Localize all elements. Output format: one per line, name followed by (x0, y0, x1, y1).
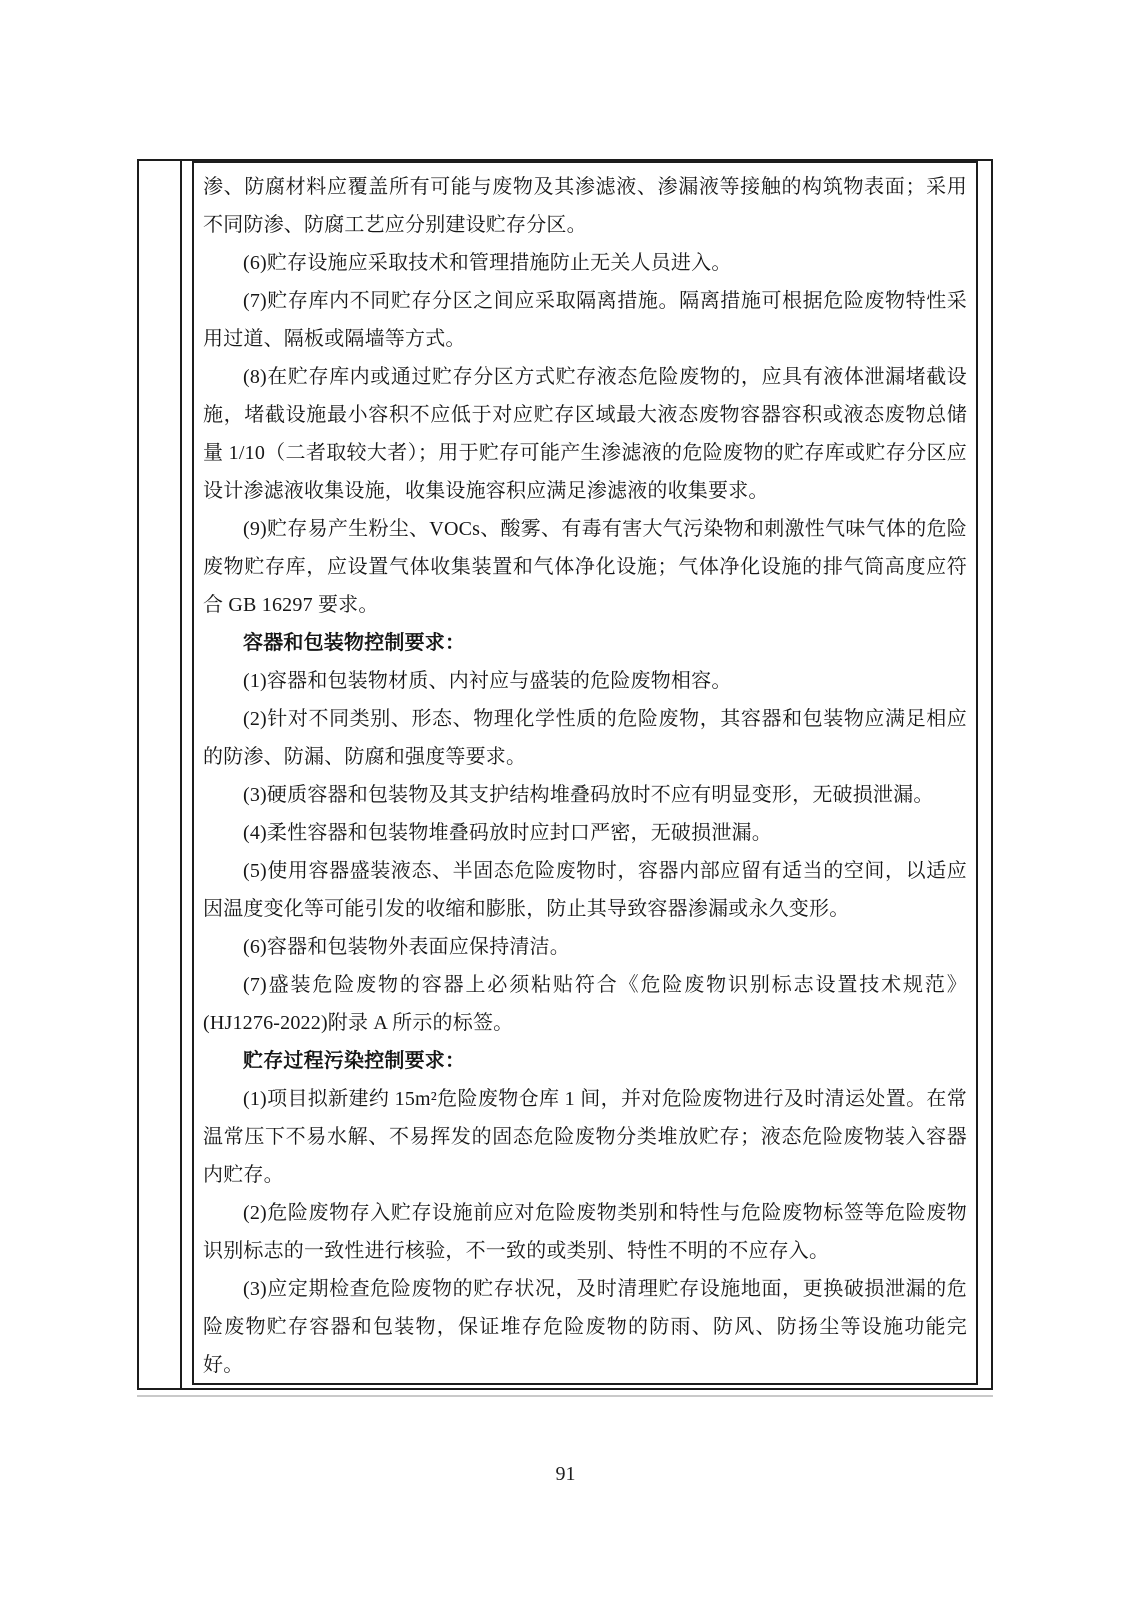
paragraph-13: (7)盛装危险废物的容器上必须粘贴符合《危险废物识别标志设置技术规范》(HJ12… (203, 966, 967, 1042)
paragraph-18: (4)作业设备及车辆等结束作业离开贮存设施时，应对其残留的危险废物进行清理， (203, 1384, 967, 1385)
paragraph-9: (3)硬质容器和包装物及其支护结构堆叠码放时不应有明显变形，无破损泄漏。 (203, 776, 967, 814)
paragraph-16: (2)危险废物存入贮存设施前应对危险废物类别和特性与危险废物标签等危险废物识别标… (203, 1194, 967, 1270)
paragraph-1: 渗、防腐材料应覆盖所有可能与废物及其渗滤液、渗漏液等接触的构筑物表面；采用不同防… (203, 168, 967, 244)
content-text-box: 渗、防腐材料应覆盖所有可能与废物及其渗滤液、渗漏液等接触的构筑物表面；采用不同防… (192, 161, 978, 1385)
paragraph-3: (7)贮存库内不同贮存分区之间应采取隔离措施。隔离措施可根据危险废物特性采用过道… (203, 282, 967, 358)
paragraph-4: (8)在贮存库内或通过贮存分区方式贮存液态危险废物的，应具有液体泄漏堵截设施，堵… (203, 358, 967, 510)
paragraph-5: (9)贮存易产生粉尘、VOCs、酸雾、有毒有害大气污染物和刺激性气味气体的危险废… (203, 510, 967, 624)
scan-shadow-line (137, 1395, 993, 1397)
paragraph-11: (5)使用容器盛装液态、半固态危险废物时，容器内部应留有适当的空间，以适应因温度… (203, 852, 967, 928)
paragraph-15: (1)项目拟新建约 15m²危险废物仓库 1 间，并对危险废物进行及时清运处置。… (203, 1080, 967, 1194)
page-number: 91 (0, 1463, 1131, 1486)
document-page: 渗、防腐材料应覆盖所有可能与废物及其渗滤液、渗漏液等接触的构筑物表面；采用不同防… (0, 0, 1131, 1600)
paragraph-17: (3)应定期检查危险废物的贮存状况，及时清理贮存设施地面，更换破损泄漏的危险废物… (203, 1270, 967, 1384)
paragraph-10: (4)柔性容器和包装物堆叠码放时应封口严密，无破损泄漏。 (203, 814, 967, 852)
paragraph-7: (1)容器和包装物材质、内衬应与盛装的危险废物相容。 (203, 662, 967, 700)
paragraph-2: (6)贮存设施应采取技术和管理措施防止无关人员进入。 (203, 244, 967, 282)
paragraph-6: 容器和包装物控制要求： (203, 624, 967, 662)
table-column-divider (180, 161, 182, 1388)
paragraph-14: 贮存过程污染控制要求： (203, 1042, 967, 1080)
paragraph-12: (6)容器和包装物外表面应保持清洁。 (203, 928, 967, 966)
paragraph-8: (2)针对不同类别、形态、物理化学性质的危险废物，其容器和包装物应满足相应的防渗… (203, 700, 967, 776)
